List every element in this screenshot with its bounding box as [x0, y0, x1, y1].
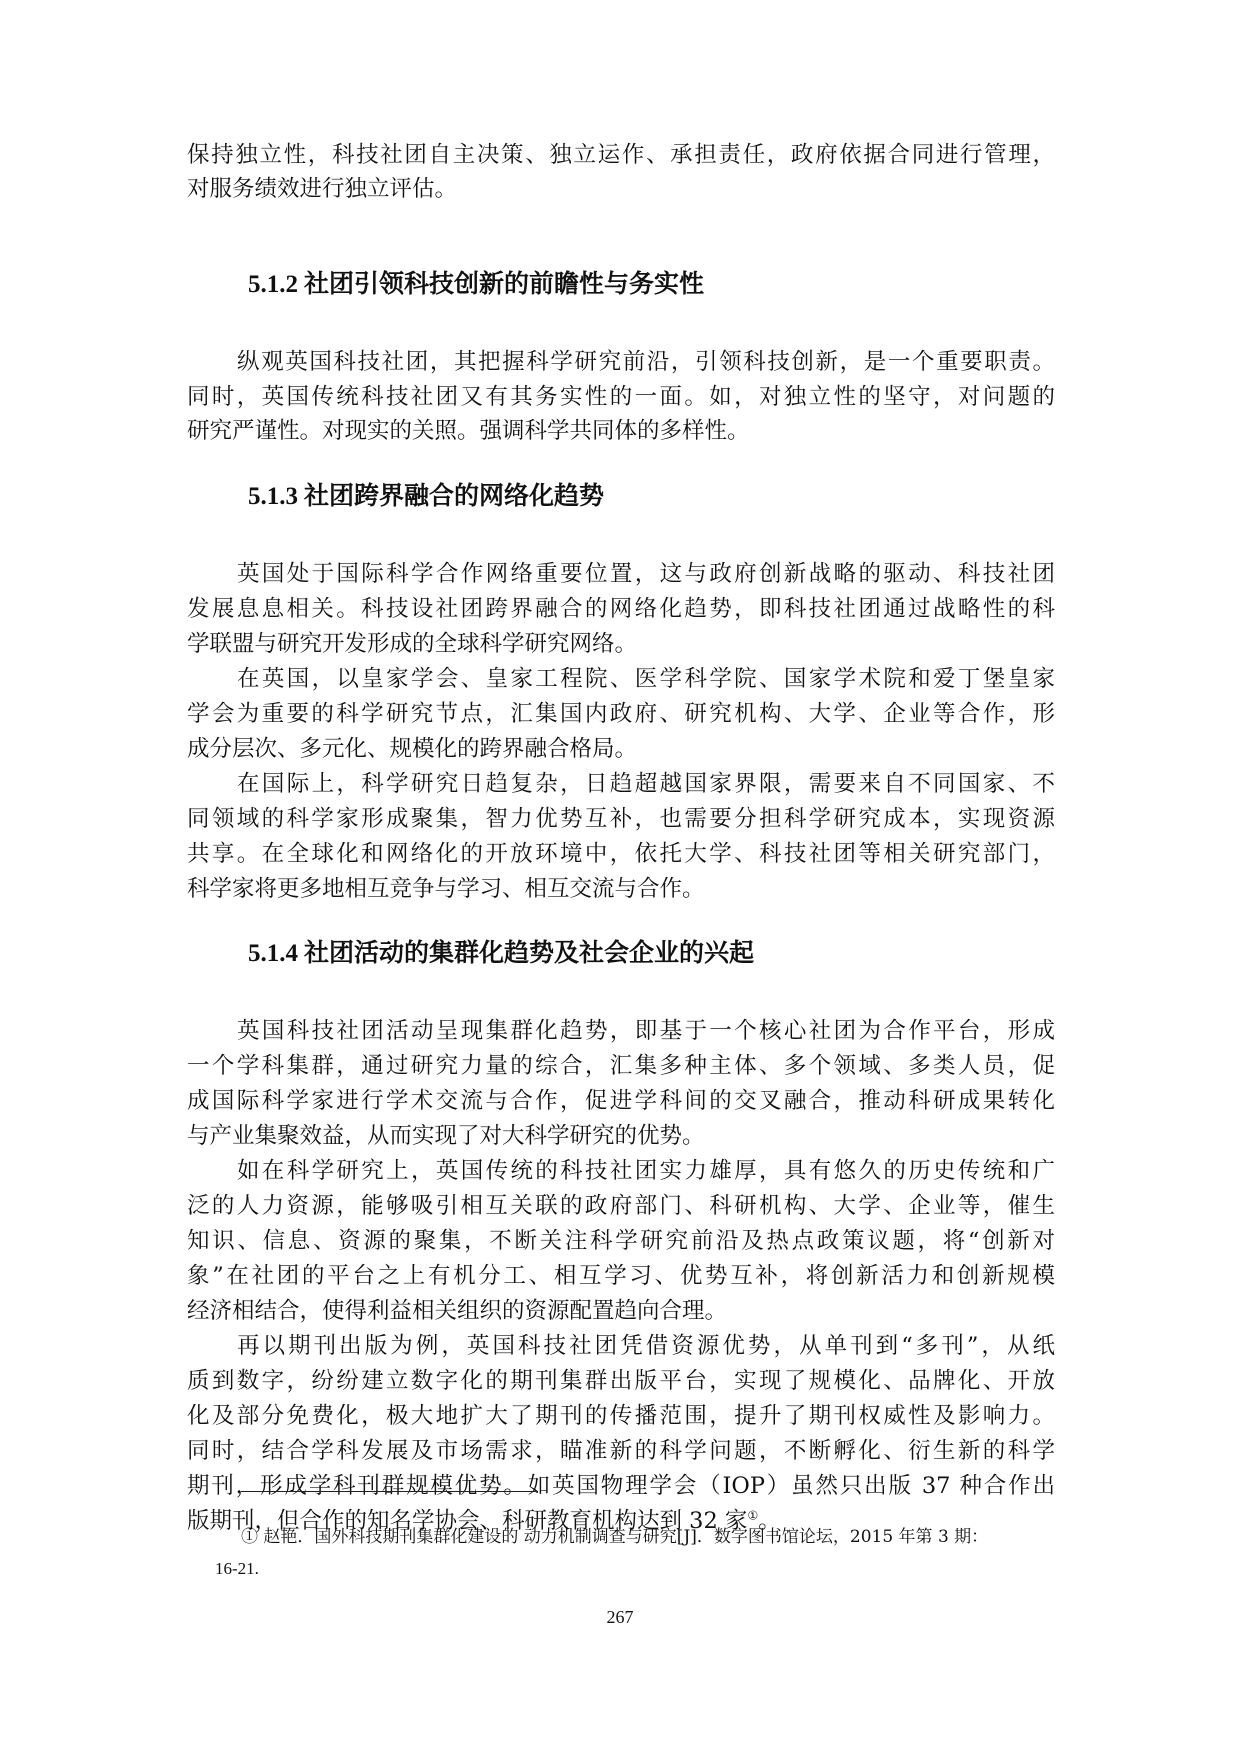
section-title: 社团活动的集群化趋势及社会企业的兴起	[304, 938, 754, 967]
body-text-line: 研究严谨性。对现实的关照。强调科学共同体的多样性。	[187, 413, 1055, 449]
body-text-line: 科学家将更多地相互竞争与学习、相互交流与合作。	[187, 871, 1055, 907]
body-text-line: 学会为重要的科学研究节点，汇集国内政府、研究机构、大学、企业等合作，形	[187, 696, 1055, 732]
body-text-line: 再以期刊出版为例，英国科技社团凭借资源优势，从单刊到“多刊”，从纸	[237, 1328, 1055, 1364]
body-text-line: 保持独立性，科技社团自主决策、独立运作、承担责任，政府依据合同进行管理，	[187, 137, 1055, 173]
body-text-line: 同时，英国传统科技社团又有其务实性的一面。如，对独立性的坚守，对问题的	[187, 379, 1055, 415]
footnote-marker: ①	[241, 1527, 258, 1547]
body-text-line: 知识、信息、资源的聚集，不断关注科学研究前沿及热点政策议题，将“创新对	[187, 1223, 1055, 1259]
section-number: 5.1.2	[248, 271, 298, 298]
document-page: 保持独立性，科技社团自主决策、独立运作、承担责任，政府依据合同进行管理， 对服务…	[0, 0, 1240, 1753]
section-heading-5-1-3: 5.1.3社团跨界融合的网络化趋势	[248, 476, 604, 517]
body-text-line: 英国科技社团活动呈现集群化趋势，即基于一个核心社团为合作平台，形成	[237, 1013, 1055, 1049]
section-number: 5.1.4	[248, 940, 298, 967]
footnote-text: 赵艳．国外科技期刊集群化建设的 动力机制调查与研究[J]．数字图书馆论坛，201…	[263, 1527, 988, 1547]
body-text-line: 质到数字，纷纷建立数字化的期刊集群出版平台，实现了规模化、品牌化、开放	[187, 1363, 1055, 1399]
body-text-line: 经济相结合，使得利益相关组织的资源配置趋向合理。	[187, 1293, 1055, 1329]
body-text-line: 对服务绩效进行独立评估。	[187, 171, 1055, 207]
body-text-line: 一个学科集群，通过研究力量的综合，汇集多种主体、多个领域、多类人员，促	[187, 1048, 1055, 1084]
footnote-continuation: 16-21.	[215, 1554, 259, 1584]
body-text-line: 在国际上，科学研究日趋复杂，日趋超越国家界限，需要来自不同国家、不	[237, 766, 1055, 802]
body-text-line: 学联盟与研究开发形成的全球科学研究网络。	[187, 626, 1055, 662]
body-text-line: 发展息息相关。科技设社团跨界融合的网络化趋势，即科技社团通过战略性的科	[187, 591, 1055, 627]
body-text-line: 纵观英国科技社团，其把握科学研究前沿，引领科技创新，是一个重要职责。	[237, 344, 1055, 380]
page-number: 267	[0, 1607, 1240, 1628]
body-text-line: 象”在社团的平台之上有机分工、相互学习、优势互补，将创新活力和创新规模	[187, 1258, 1055, 1294]
body-text-line: 泛的人力资源，能够吸引相互关联的政府部门、科研机构、大学、企业等，催生	[187, 1188, 1055, 1224]
body-text-line: 成国际科学家进行学术交流与合作，促进学科间的交叉融合，推动科研成果转化	[187, 1083, 1055, 1119]
body-text-line: 如在科学研究上，英国传统的科技社团实力雄厚，具有悠久的历史传统和广	[237, 1153, 1055, 1189]
body-text-line: 成分层次、多元化、规模化的跨界融合格局。	[187, 731, 1055, 767]
body-text-line: 共享。在全球化和网络化的开放环境中，依托大学、科技社团等相关研究部门，	[187, 836, 1055, 872]
body-text-line: 在英国，以皇家学会、皇家工程院、医学科学院、国家学术院和爱丁堡皇家	[237, 661, 1055, 697]
footnote-reference[interactable]: ①	[747, 1509, 758, 1523]
footnote: ① 赵艳．国外科技期刊集群化建设的 动力机制调查与研究[J]．数字图书馆论坛，2…	[241, 1522, 988, 1552]
body-text-line: 同时，结合学科发展及市场需求，瞄准新的科学问题，不断孵化、衍生新的科学	[187, 1433, 1055, 1469]
section-number: 5.1.3	[248, 483, 298, 510]
body-text-line: 同领域的科学家形成聚集，智力优势互补，也需要分担科学研究成本，实现资源	[187, 801, 1055, 837]
section-title: 社团引领科技创新的前瞻性与务实性	[304, 269, 704, 298]
body-text-line: 期刊，形成学科刊群规模优势。如英国物理学会（IOP）虽然只出版 37 种合作出	[187, 1468, 1055, 1504]
body-text-line: 英国处于国际科学合作网络重要位置，这与政府创新战略的驱动、科技社团	[237, 556, 1055, 592]
body-text-line: 与产业集聚效益，从而实现了对大科学研究的优势。	[187, 1118, 1055, 1154]
body-text-line: 化及部分免费化，极大地扩大了期刊的传播范围，提升了期刊权威性及影响力。	[187, 1398, 1055, 1434]
footnote-separator	[241, 1491, 538, 1492]
section-heading-5-1-2: 5.1.2社团引领科技创新的前瞻性与务实性	[248, 264, 704, 305]
section-title: 社团跨界融合的网络化趋势	[304, 481, 604, 510]
section-heading-5-1-4: 5.1.4社团活动的集群化趋势及社会企业的兴起	[248, 933, 754, 974]
